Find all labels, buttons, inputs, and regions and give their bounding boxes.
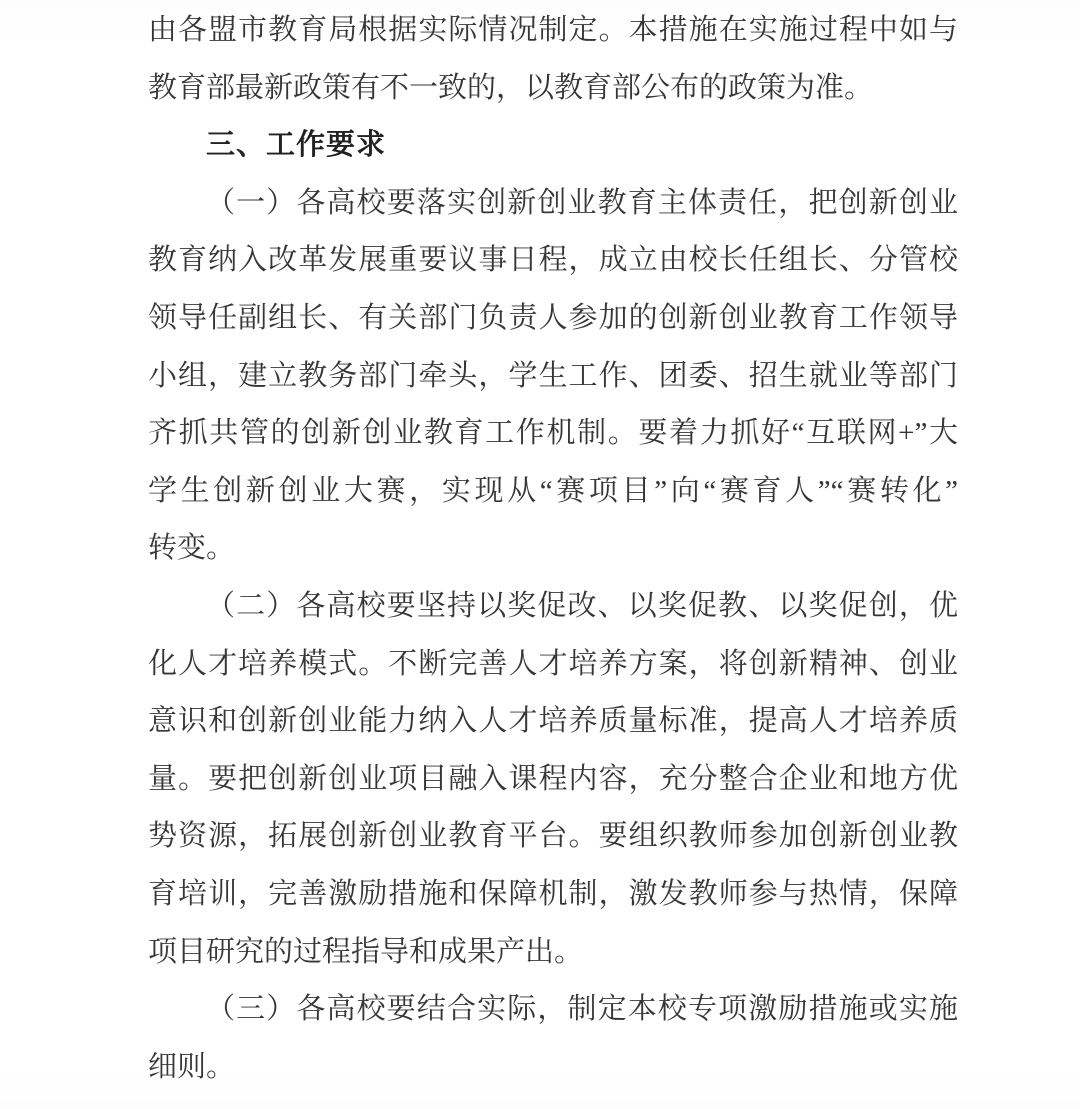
document-page: 由各盟市教育局根据实际情况制定。本措施在实施过程中如与教育部最新政策有不一致的，… bbox=[0, 0, 1080, 1109]
document-body: 由各盟市教育局根据实际情况制定。本措施在实施过程中如与教育部最新政策有不一致的，… bbox=[148, 2, 958, 1096]
text-line: 领导任副组长、有关部门负责人参加的创新创业教育工作领导 bbox=[148, 290, 958, 348]
text-line: 化人才培养模式。不断完善人才培养方案，将创新精神、创业 bbox=[148, 636, 958, 694]
text-line: 转变。 bbox=[148, 520, 958, 578]
text-line: （二）各高校要坚持以奖促改、以奖促教、以奖促创，优 bbox=[148, 578, 958, 636]
text-line: 细则。 bbox=[148, 1039, 958, 1097]
text-line: （一）各高校要落实创新创业教育主体责任，把创新创业 bbox=[148, 175, 958, 233]
text-line: （三）各高校要结合实际，制定本校专项激励措施或实施 bbox=[148, 981, 958, 1039]
text-line: 由各盟市教育局根据实际情况制定。本措施在实施过程中如与 bbox=[148, 2, 958, 60]
text-line: 小组，建立教务部门牵头，学生工作、团委、招生就业等部门 bbox=[148, 348, 958, 406]
text-line: 教育纳入改革发展重要议事日程，成立由校长任组长、分管校 bbox=[148, 232, 958, 290]
text-line: 教育部最新政策有不一致的，以教育部公布的政策为准。 bbox=[148, 60, 958, 118]
section-heading: 三、工作要求 bbox=[148, 117, 958, 175]
text-line: 势资源，拓展创新创业教育平台。要组织教师参加创新创业教 bbox=[148, 808, 958, 866]
text-line: 学生创新创业大赛，实现从“赛项目”向“赛育人”“赛转化” bbox=[148, 463, 958, 521]
text-line: 育培训，完善激励措施和保障机制，激发教师参与热情，保障 bbox=[148, 866, 958, 924]
text-line: 项目研究的过程指导和成果产出。 bbox=[148, 924, 958, 982]
text-line: 意识和创新创业能力纳入人才培养质量标准，提高人才培养质 bbox=[148, 693, 958, 751]
text-line: 量。要把创新创业项目融入课程内容，充分整合企业和地方优 bbox=[148, 751, 958, 809]
text-line: 齐抓共管的创新创业教育工作机制。要着力抓好“互联网+”大 bbox=[148, 405, 958, 463]
